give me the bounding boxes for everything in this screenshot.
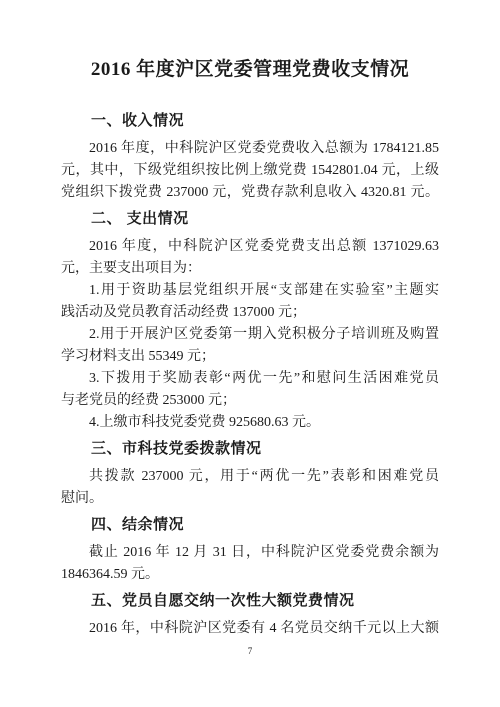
text-line: 党组织下拨党费 237000 元，党费存款利息收入 4320.81 元。	[61, 182, 439, 204]
text-line: 截止 2016 年 12 月 31 日，中科院沪区党委党费余额为	[61, 542, 439, 564]
section-heading: 三、市科技党委拨款情况	[61, 438, 439, 460]
document-body: 一、收入情况2016 年度，中科院沪区党委党费收入总额为 1784121.85元…	[61, 110, 439, 640]
paragraph: 3.下拨用于奖励表彰“两优一先”和慰问生活困难党员与老党员的经费 253000 …	[61, 368, 439, 412]
paragraph: 2016 年，中科院沪区党委有 4 名党员交纳千元以上大额	[61, 618, 439, 640]
page-number: 7	[0, 645, 500, 657]
text-line: 2016 年，中科院沪区党委有 4 名党员交纳千元以上大额	[61, 618, 439, 640]
text-line: 慰问。	[61, 488, 439, 510]
document-title: 2016 年度沪区党委管理党费收支情况	[61, 56, 439, 84]
paragraph: 2016 年度，中科院沪区党委党费支出总额 1371029.63元，主要支出项目…	[61, 236, 439, 280]
text-line: 与老党员的经费 253000 元；	[61, 390, 439, 412]
section-heading: 一、收入情况	[61, 110, 439, 132]
text-line: 元，主要支出项目为：	[61, 258, 439, 280]
paragraph: 共拨款 237000 元，用于“两优一先”表彰和困难党员慰问。	[61, 466, 439, 510]
text-line: 1846364.59 元。	[61, 564, 439, 586]
text-line: 共拨款 237000 元，用于“两优一先”表彰和困难党员	[61, 466, 439, 488]
section-heading: 四、结余情况	[61, 514, 439, 536]
text-line: 学习材料支出 55349 元；	[61, 346, 439, 368]
document-content: 2016 年度沪区党委管理党费收支情况 一、收入情况2016 年度，中科院沪区党…	[61, 56, 439, 640]
paragraph: 截止 2016 年 12 月 31 日，中科院沪区党委党费余额为1846364.…	[61, 542, 439, 586]
text-line: 1.用于资助基层党组织开展“支部建在实验室”主题实	[61, 280, 439, 302]
text-line: 2016 年度，中科院沪区党委党费收入总额为 1784121.85	[61, 138, 439, 160]
paragraph: 2016 年度，中科院沪区党委党费收入总额为 1784121.85元，其中，下级…	[61, 138, 439, 204]
paragraph: 2.用于开展沪区党委第一期入党积极分子培训班及购置学习材料支出 55349 元；	[61, 324, 439, 368]
text-line: 2016 年度，中科院沪区党委党费支出总额 1371029.63	[61, 236, 439, 258]
paragraph: 1.用于资助基层党组织开展“支部建在实验室”主题实践活动及党员教育活动经费 13…	[61, 280, 439, 324]
text-line: 4.上缴市科技党委党费 925680.63 元。	[61, 412, 439, 434]
text-line: 践活动及党员教育活动经费 137000 元；	[61, 302, 439, 324]
document-page: 2016 年度沪区党委管理党费收支情况 一、收入情况2016 年度，中科院沪区党…	[0, 0, 500, 707]
text-line: 元，其中，下级党组织按比例上缴党费 1542801.04 元，上级	[61, 160, 439, 182]
paragraph: 4.上缴市科技党委党费 925680.63 元。	[61, 412, 439, 434]
section-heading: 五、党员自愿交纳一次性大额党费情况	[61, 590, 439, 612]
text-line: 2.用于开展沪区党委第一期入党积极分子培训班及购置	[61, 324, 439, 346]
section-heading: 二、 支出情况	[61, 208, 439, 230]
text-line: 3.下拨用于奖励表彰“两优一先”和慰问生活困难党员	[61, 368, 439, 390]
